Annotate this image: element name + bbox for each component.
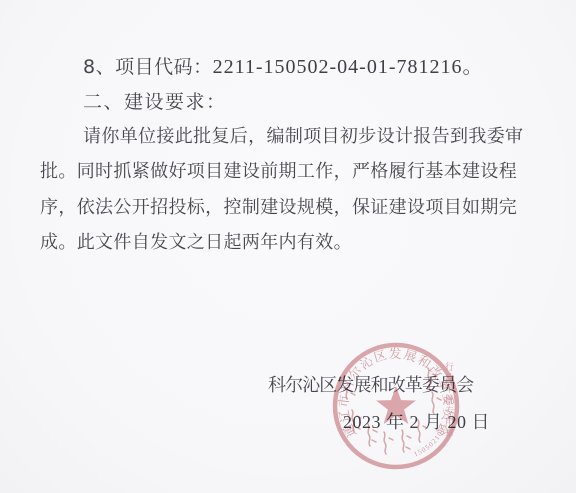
body-line: 请你单位接此批复后，编制项目初步设计报告到我委审 [83,122,523,148]
project-code-line: 8、项目代码：2211-150502-04-01-781216。 [83,50,484,79]
document-page: 8、项目代码：2211-150502-04-01-781216。 二、建设要求：… [0,0,576,493]
body-line: 序，依法公开招投标，控制建设规模，保证建设项目如期完 [40,193,517,219]
project-code-value: 2211-150502-04-01-781216。 [213,56,484,78]
body-line: 批。同时抓紧做好项目建设前期工作，严格履行基本建设程 [40,157,517,183]
official-seal: 通辽市科尔沁区发展和改革委员会 1505021001 行政审批专用章 [316,326,476,486]
body-line: 成。此文件自发文之日起两年内有效。 [40,228,352,254]
seal-vertical-text: 行政审批专用章 [442,362,455,448]
section-heading: 二、建设要求： [83,87,227,114]
seal-star-icon [376,386,416,424]
project-code-label: 8、项目代码： [83,56,213,78]
